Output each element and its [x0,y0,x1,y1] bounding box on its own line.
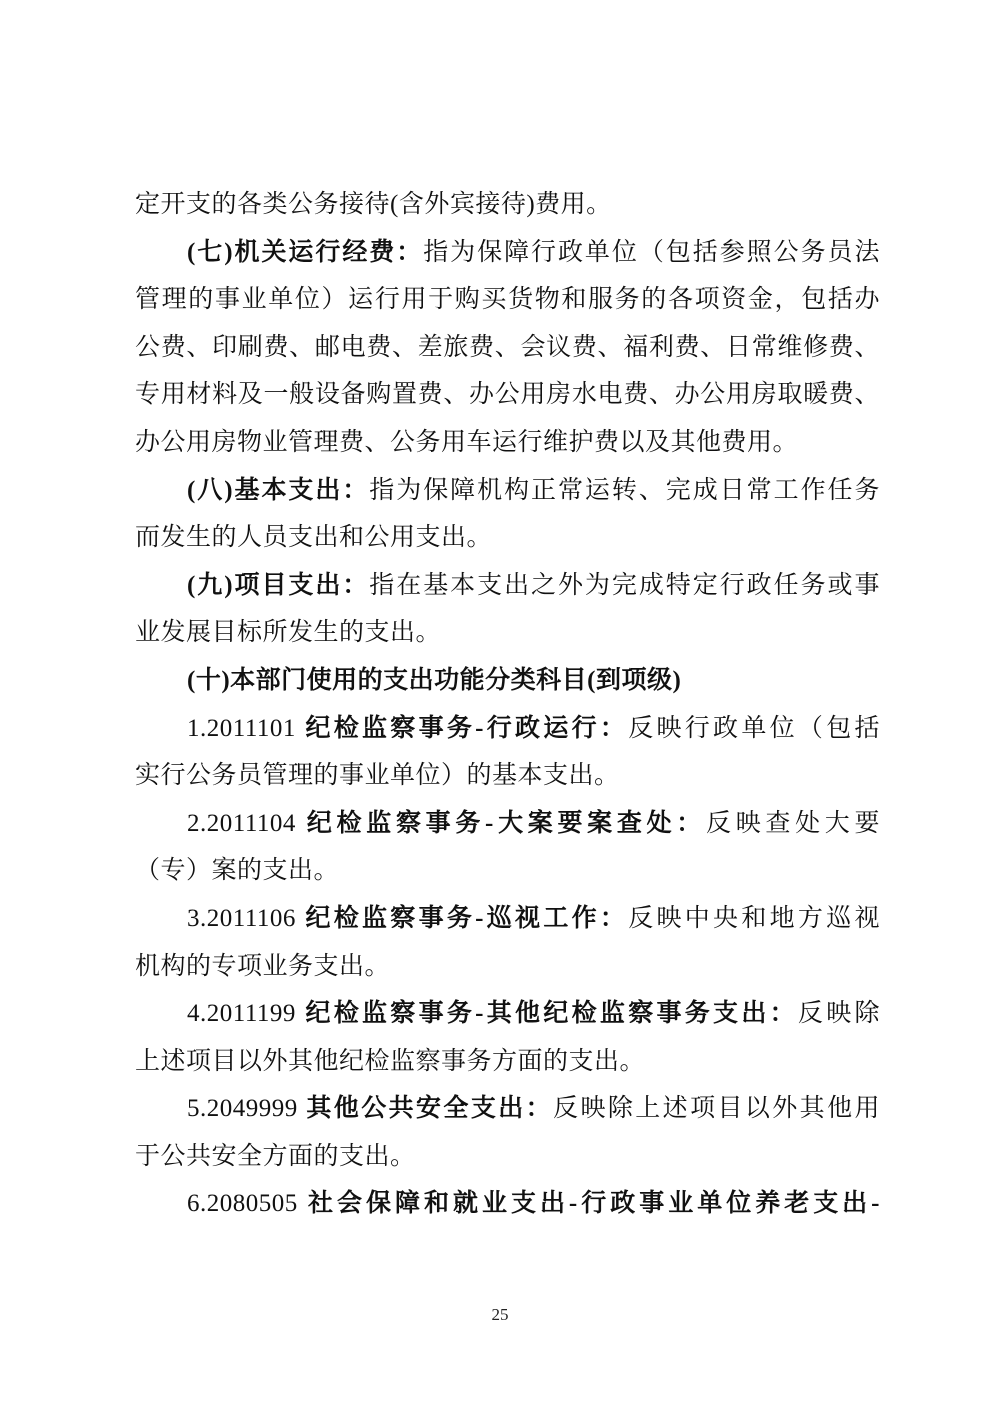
text-line: （专）案的支出。 [135,847,880,895]
text-line: 4.2011199 纪检监察事务-其他纪检监察事务支出：反映除 [135,990,880,1038]
text-line: 5.2049999 其他公共安全支出：反映除上述项目以外其他用 [135,1085,880,1133]
bold-text-segment: (九)项目支出： [187,572,369,599]
bold-text-segment: 其他公共安全支出： [306,1095,553,1122]
text-line: 上述项目以外其他纪检监察事务方面的支出。 [135,1038,880,1086]
text-line: (九)项目支出：指在基本支出之外为完成特定行政任务或事 [135,562,880,610]
text-segment: （专）案的支出。 [135,857,339,884]
document-page: 定开支的各类公务接待(含外宾接待)费用。(七)机关运行经费：指为保障行政单位（包… [0,0,1000,1414]
text-line: 定开支的各类公务接待(含外宾接待)费用。 [135,181,880,229]
text-line: 于公共安全方面的支出。 [135,1133,880,1181]
text-segment: 反映查处大要 [706,810,880,837]
text-segment: 指在基本支出之外为完成特定行政任务或事 [369,572,880,599]
bold-text-segment: 纪检监察事务-巡视工作： [305,905,628,932]
text-segment: 定开支的各类公务接待(含外宾接待)费用。 [135,191,612,218]
bold-text-segment: 纪检监察事务-行政运行： [305,715,628,742]
text-segment: 1.2011101 [187,715,305,742]
text-segment: 机构的专项业务支出。 [135,953,390,980]
text-segment: 反映除上述项目以外其他用 [553,1095,880,1122]
text-line: 2.2011104 纪检监察事务-大案要案查处：反映查处大要 [135,800,880,848]
text-line: 管理的事业单位）运行用于购买货物和服务的各项资金，包括办 [135,276,880,324]
text-segment: 反映除 [798,1000,880,1027]
text-segment: 5.2049999 [187,1095,306,1122]
bold-text-segment: (七)机关运行经费： [187,239,423,266]
bold-text-segment: 社会保障和就业支出-行政事业单位养老支出- [308,1190,880,1217]
page-number: 25 [0,1303,1000,1327]
text-segment: 专用材料及一般设备购置费、办公用房水电费、办公用房取暖费、 [135,381,880,408]
text-line: 1.2011101 纪检监察事务-行政运行：反映行政单位（包括 [135,705,880,753]
bold-text-segment: (十)本部门使用的支出功能分类科目(到项级) [187,667,681,694]
text-line: (八)基本支出：指为保障机构正常运转、完成日常工作任务 [135,467,880,515]
text-line: 而发生的人员支出和公用支出。 [135,514,880,562]
bold-text-segment: 纪检监察事务-其他纪检监察事务支出： [305,1000,797,1027]
text-segment: 指为保障机构正常运转、完成日常工作任务 [369,477,880,504]
document-body: 定开支的各类公务接待(含外宾接待)费用。(七)机关运行经费：指为保障行政单位（包… [135,181,880,1228]
text-line: 公费、印刷费、邮电费、差旅费、会议费、福利费、日常维修费、 [135,324,880,372]
text-line: 机构的专项业务支出。 [135,943,880,991]
text-segment: 4.2011199 [187,1000,305,1027]
text-segment: 管理的事业单位）运行用于购买货物和服务的各项资金，包括办 [135,286,880,313]
text-line: 3.2011106 纪检监察事务-巡视工作：反映中央和地方巡视 [135,895,880,943]
text-line: 办公用房物业管理费、公务用车运行维护费以及其他费用。 [135,419,880,467]
text-line: (七)机关运行经费：指为保障行政单位（包括参照公务员法 [135,229,880,277]
text-line: 业发展目标所发生的支出。 [135,609,880,657]
text-segment: 办公用房物业管理费、公务用车运行维护费以及其他费用。 [135,429,798,456]
text-segment: 指为保障行政单位（包括参照公务员法 [423,239,880,266]
text-line: (十)本部门使用的支出功能分类科目(到项级) [135,657,880,705]
text-segment: 3.2011106 [187,905,305,932]
text-line: 6.2080505 社会保障和就业支出-行政事业单位养老支出- [135,1180,880,1228]
text-line: 实行公务员管理的事业单位）的基本支出。 [135,752,880,800]
text-segment: 上述项目以外其他纪检监察事务方面的支出。 [135,1048,645,1075]
text-segment: 于公共安全方面的支出。 [135,1143,416,1170]
text-segment: 公费、印刷费、邮电费、差旅费、会议费、福利费、日常维修费、 [135,334,880,361]
text-segment: 6.2080505 [187,1190,308,1217]
text-segment: 反映中央和地方巡视 [628,905,880,932]
text-segment: 反映行政单位（包括 [628,715,880,742]
text-line: 专用材料及一般设备购置费、办公用房水电费、办公用房取暖费、 [135,371,880,419]
text-segment: 而发生的人员支出和公用支出。 [135,524,492,551]
text-segment: 业发展目标所发生的支出。 [135,619,441,646]
text-segment: 2.2011104 [187,810,307,837]
bold-text-segment: (八)基本支出： [187,477,369,504]
bold-text-segment: 纪检监察事务-大案要案查处： [307,810,706,837]
text-segment: 实行公务员管理的事业单位）的基本支出。 [135,762,620,789]
